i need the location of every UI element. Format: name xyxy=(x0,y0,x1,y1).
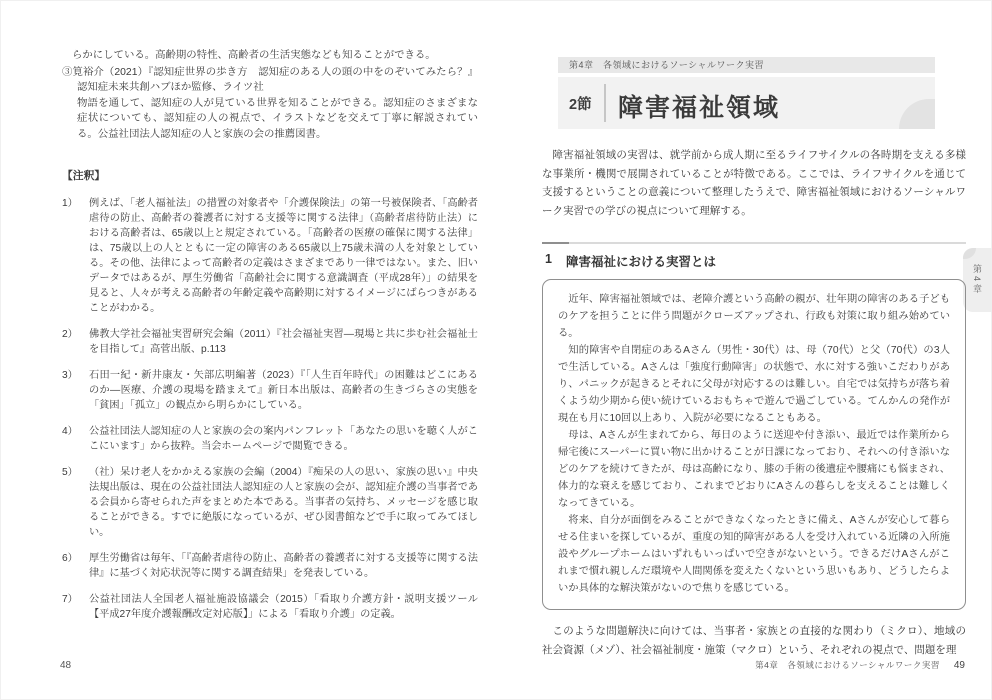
note-text: 佛教大学社会福祉実習研究会編（2011）『社会福祉実習―現場と共に歩む社会福祉士… xyxy=(89,327,478,357)
book-spread: らかにしている。高齢期の特性、高齢者の生活実態なども知ることができる。 ③筧裕介… xyxy=(0,0,992,700)
chapter-header-strip: 第4章 各領域におけるソーシャルワーク実習 xyxy=(558,57,935,73)
note-item: 5） （社）呆け老人をかかえる家族の会編（2004）『痴呆の人の思い、家族の思い… xyxy=(62,465,478,540)
case-paragraph: 母は、Aさんが生まれてから、毎日のように送迎や付き添い、最近では作業所から帰宅後… xyxy=(558,427,950,512)
left-page-text: らかにしている。高齢期の特性、高齢者の生活実態なども知ることができる。 ③筧裕介… xyxy=(62,48,478,622)
case-study-box: 近年、障害福祉領域では、老障介護という高齢の親が、壮年期の障害のある子どものケア… xyxy=(542,279,966,610)
page-number-left: 48 xyxy=(60,660,71,671)
note-text: 例えば、「老人福祉法」の措置の対象者や「介護保険法」の第一号被保険者、「高齢者虐… xyxy=(89,196,478,316)
note-item: 2） 佛教大学社会福祉実習研究会編（2011）『社会福祉実習―現場と共に歩む社会… xyxy=(62,327,478,357)
subsection-divider xyxy=(542,242,966,244)
case-paragraph: 将来、自分が面倒をみることができなくなったときに備え、Aさんが安心して暮らせる住… xyxy=(558,512,950,597)
note-item: 4） 公益社団法人認知症の人と家族の会の案内パンフレット「あなたの思いを聴く人が… xyxy=(62,424,478,454)
section-intro-paragraph: 障害福祉領域の実習は、就学前から成人期に至るライフサイクルの各時期を支える多様な… xyxy=(542,147,966,221)
footer-chapter-title: 第4章 各領域におけるソーシャルワーク実習 xyxy=(755,659,940,671)
subsection-heading: 1 障害福祉における実習とは xyxy=(542,252,966,270)
right-page-footer: 第4章 各領域におけるソーシャルワーク実習 49 xyxy=(755,659,965,671)
page-number-right: 49 xyxy=(954,660,965,671)
side-tab-label: 第4章 xyxy=(971,264,984,296)
note-text: （社）呆け老人をかかえる家族の会編（2004）『痴呆の人の思い、家族の思い』中央… xyxy=(89,465,478,540)
note-text: 公益社団法人全国老人福祉施設協議会（2015）「看取り介護方針・説明支援ツール【… xyxy=(89,592,478,622)
case-paragraph: 知的障害や自閉症のあるAさん（男性・30代）は、母（70代）と父（70代）の3人… xyxy=(558,342,950,427)
paragraph-continuation: らかにしている。高齢期の特性、高齢者の生活実態なども知ることができる。 xyxy=(62,48,478,64)
note-text: 公益社団法人認知症の人と家族の会の案内パンフレット「あなたの思いを聴く人がここに… xyxy=(89,424,478,454)
section-number-label: 2節 xyxy=(569,93,592,114)
note-number: 2） xyxy=(62,327,89,357)
note-number: 4） xyxy=(62,424,89,454)
closing-paragraph: このような問題解決に向けては、当事者・家族との直接的な関わり（ミクロ）、地域の社… xyxy=(542,623,966,660)
note-number: 5） xyxy=(62,465,89,540)
section-title: 障害福祉領域 xyxy=(618,88,780,124)
note-number: 3） xyxy=(62,368,89,413)
note-text: 厚生労働省は毎年、「『高齢者虐待の防止、高齢者の養護者に対する支援等に関する法律… xyxy=(89,551,478,581)
chapter-side-tab: 第4章 xyxy=(963,248,992,312)
note-number: 6） xyxy=(62,551,89,581)
right-page-body: 障害福祉領域の実習は、就学前から成人期に至るライフサイクルの各時期を支える多様な… xyxy=(542,147,966,660)
book-reference-description: 物語を通して、認知症の人が見ている世界を知ることができる。認知症のさまざまな症状… xyxy=(62,96,478,143)
note-number: 1） xyxy=(62,196,89,316)
case-paragraph: 近年、障害福祉領域では、老障介護という高齢の親が、壮年期の障害のある子どものケア… xyxy=(558,291,950,342)
note-item: 7） 公益社団法人全国老人福祉施設協議会（2015）「看取り介護方針・説明支援ツ… xyxy=(62,592,478,622)
book-reference-title: ③筧裕介（2021）『認知症世界の歩き方 認知症のある人の頭の中をのぞいてみたら… xyxy=(62,65,478,96)
note-number: 7） xyxy=(62,592,89,622)
corner-accent xyxy=(899,99,935,129)
subsection-title: 障害福祉における実習とは xyxy=(566,252,716,270)
notes-heading: 【注釈】 xyxy=(62,169,478,185)
note-item: 6） 厚生労働省は毎年、「『高齢者虐待の防止、高齢者の養護者に対する支援等に関す… xyxy=(62,551,478,581)
note-item: 1） 例えば、「老人福祉法」の措置の対象者や「介護保険法」の第一号被保険者、「高… xyxy=(62,196,478,316)
note-item: 3） 石田一紀・新井康友・矢部広明編著（2023）『「人生百年時代」の困難はどこ… xyxy=(62,368,478,413)
section-title-block: 2節 障害福祉領域 xyxy=(558,77,935,129)
subsection-number: 1 xyxy=(545,252,552,270)
title-divider xyxy=(604,84,606,122)
note-text: 石田一紀・新井康友・矢部広明編著（2023）『「人生百年時代」の困難はどこにある… xyxy=(89,368,478,413)
